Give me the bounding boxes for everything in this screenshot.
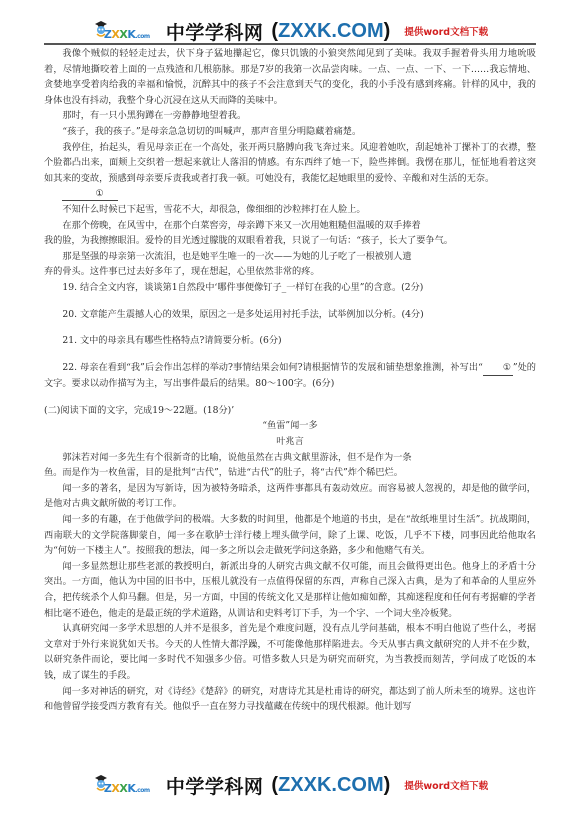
article-paragraph: 闻一多的有趣，在于他做学问的极端。大多数的时间里，他都是个地道的书虫，是在“故纸… bbox=[44, 512, 536, 559]
answer-space bbox=[44, 349, 536, 360]
question-22: 22. 母亲在看到“我”后会作出怎样的举动?事情结果会如何?请根据情节的发展和铺… bbox=[44, 360, 536, 392]
header-banner: ZXXK.com 中学学科网 (ZXXK.COM) 提供word文档下载 bbox=[0, 18, 580, 44]
article-paragraph: 闻一多的著名，是因为写新诗，因为被特务暗杀，这两件事都具有轰动效应。而容易被人忽… bbox=[44, 481, 536, 512]
zxxk-logo: ZXXK.com bbox=[92, 774, 158, 796]
question-21: 21. 文中的母亲具有哪些性格特点?请简要分析。(6分) bbox=[44, 333, 536, 349]
fill-in-blank-marker: ① bbox=[62, 188, 118, 201]
section-heading: (二)阅读下面的文字，完成19～22题。(18分)’ bbox=[44, 403, 536, 419]
answer-space bbox=[44, 296, 536, 307]
passage-paragraph: 不知什么时候已下起雪，雪花不大，却很急，像细细的沙粒摔打在人脸上。 bbox=[44, 202, 536, 218]
document-body: 我像个贼似的轻轻走过去，伏下身子猛地攥起它，像只饥饿的小狼突然闻见到了美味。我双… bbox=[44, 46, 536, 715]
question-19: 19. 结合全文内容，谈谈第1自然段中‘哪件事便像钉子_一样钉在我的心里”的含意… bbox=[44, 280, 536, 296]
footer-banner: ZXXK.com 中学学科网 (ZXXK.COM) 提供word文档下载 bbox=[0, 772, 580, 798]
article-paragraph: 认真研究闻一多学术思想的人并不是很多，首先是个难度问题，没有点儿学问基础，根本不… bbox=[44, 621, 536, 683]
site-domain: (ZXXK.COM) bbox=[271, 20, 390, 43]
header-divider bbox=[44, 43, 536, 45]
article-paragraph: 鱼。而是作为一枚鱼雷，目的是批判“古代”，钻进“古代”的肚子，将“古代”炸个稀巴… bbox=[44, 465, 536, 481]
passage-paragraph: 那时，有一只小黑狗蹲在一旁静静地望着我。 bbox=[44, 108, 536, 124]
answer-space bbox=[44, 322, 536, 333]
logo-wordmark: ZXXK.com bbox=[104, 28, 150, 41]
section-space bbox=[44, 392, 536, 403]
article-paragraph: 闻一多显然想让那些老派的教授明白，新派出身的人研究古典文献不仅可能，而且会做得更… bbox=[44, 559, 536, 621]
download-tagline[interactable]: 提供word文档下载 bbox=[404, 778, 488, 792]
blank-line: ① bbox=[44, 186, 536, 202]
site-name: 中学学科网 bbox=[166, 18, 264, 45]
passage-paragraph: 我停住，抬起头，看见母亲正在一个高处，张开两只胳膊向我飞奔过来。风迎着她吹，刮起… bbox=[44, 140, 536, 187]
passage-paragraph: 在那个傍晚，在风雪中，在那个白菜窖旁，母亲蹲下来又一次用她粗糙但温暖的双手捧着 bbox=[44, 218, 536, 234]
site-name: 中学学科网 bbox=[166, 772, 264, 799]
download-tagline[interactable]: 提供word文档下载 bbox=[404, 24, 488, 38]
article-paragraph: 郭沫若对闻一多先生有个很新奇的比喻，说他虽然在古典文献里游泳，但不是作为一条 bbox=[44, 450, 536, 466]
article-title: “鱼雷”闻一多 bbox=[44, 418, 536, 434]
passage-paragraph: “孩子，我的孩子。”是母亲急急切切的叫喊声，那声音里分明隐藏着痛楚。 bbox=[44, 124, 536, 140]
passage-paragraph: 弃的骨头。这件事已过去好多年了，现在想起，心里依然非常的疼。 bbox=[44, 264, 536, 280]
question-20: 20. 文章能产生震撼人心的效果，原因之一是多处运用衬托手法，试举例加以分析。(… bbox=[44, 307, 536, 323]
zxxk-logo: ZXXK.com bbox=[92, 20, 158, 42]
passage-paragraph: 我的脸，为我擦擦眼泪。爱怜的目光透过朦胧的双眼看着我，只说了一句话：“孩子，长大… bbox=[44, 233, 536, 249]
passage-paragraph: 那是坚强的母亲第一次流泪，也是她平生唯一的一次——为她的儿子吃了一根被别人遗 bbox=[44, 249, 536, 265]
fill-in-blank-marker: ① bbox=[483, 360, 513, 377]
passage-paragraph: 我像个贼似的轻轻走过去，伏下身子猛地攥起它，像只饥饿的小狼突然闻见到了美味。我双… bbox=[44, 46, 536, 108]
site-domain: (ZXXK.COM) bbox=[271, 774, 390, 797]
article-author: 叶兆言 bbox=[44, 434, 536, 450]
article-paragraph: 闻一多对神话的研究，对《诗经》《楚辞》的研究，对唐诗尤其是杜甫诗的研究，都达到了… bbox=[44, 684, 536, 715]
logo-wordmark: ZXXK.com bbox=[104, 782, 150, 795]
